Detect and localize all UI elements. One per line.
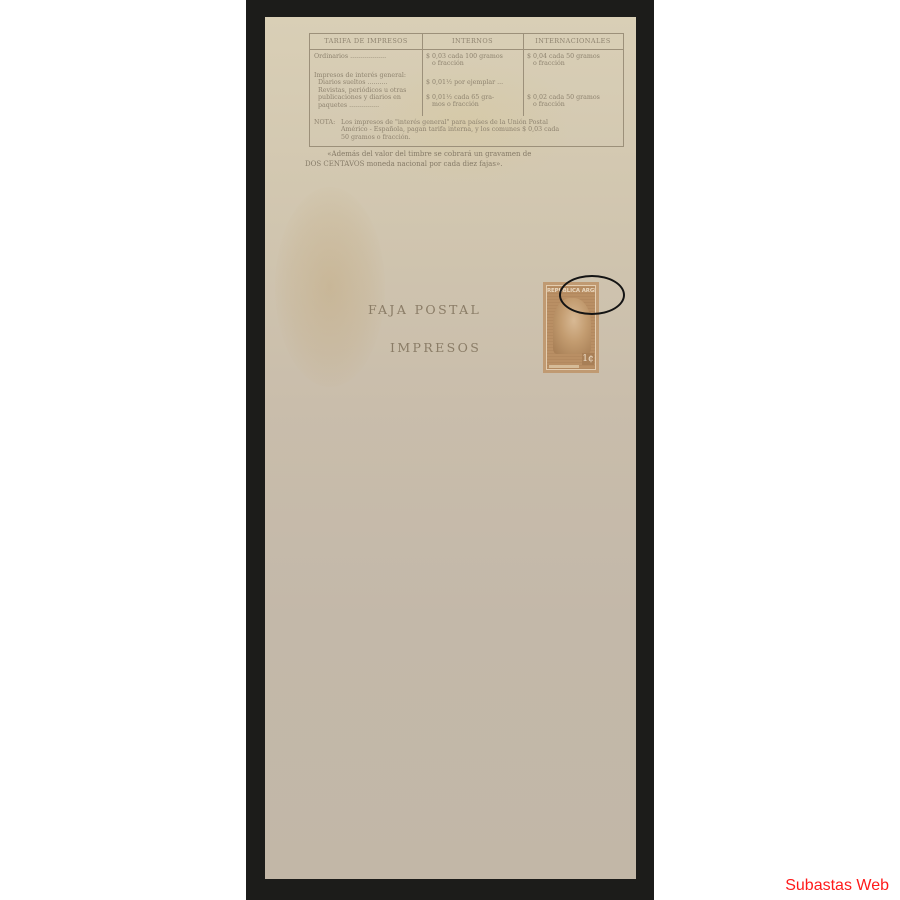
note-text: Los impresos de "interés general" para p… xyxy=(341,119,619,141)
watermark-text: Subastas Web xyxy=(785,877,889,895)
document-subtitle: IMPRESOS xyxy=(390,340,481,355)
row-ordinarios-category: Ordinarios .................. xyxy=(314,53,386,60)
row-diarios-category: Impresos de interés general: Diarios sue… xyxy=(314,72,406,87)
highlight-oval-annotation xyxy=(559,275,625,315)
note-label: NOTA: xyxy=(314,119,335,126)
header-internacionales: INTERNACIONALES xyxy=(523,38,623,45)
row-revistas-internacionales: $ 0,02 cada 50 gramos o fracción xyxy=(527,94,600,109)
stamp-name-tablet xyxy=(549,365,579,368)
header-internos: INTERNOS xyxy=(422,38,523,45)
row-revistas-internos: $ 0,01½ cada 65 gra- mos o fracción xyxy=(426,94,494,109)
stamp-value: 1¢ xyxy=(582,353,594,365)
row-ordinarios-internacionales: $ 0,04 cada 50 gramos o fracción xyxy=(527,53,600,68)
header-tarifa: TARIFA DE IMPRESOS xyxy=(310,38,422,45)
row-diarios-internos: $ 0,01½ por ejemplar ... xyxy=(426,79,503,86)
column-divider xyxy=(422,34,423,116)
document-title: FAJA POSTAL xyxy=(368,302,481,317)
tariff-table-header: TARIFA DE IMPRESOS INTERNOS INTERNACIONA… xyxy=(310,34,623,50)
row-revistas-category: Revistas, periódicos u otras publicacion… xyxy=(314,87,406,109)
paper-stain xyxy=(275,187,385,387)
column-divider xyxy=(523,34,524,116)
surcharge-notice: «Además del valor del timbre se cobrará … xyxy=(305,149,625,169)
row-ordinarios-internos: $ 0,03 cada 100 gramos o fracción xyxy=(426,53,503,68)
postal-wrapper-sheet: TARIFA DE IMPRESOS INTERNOS INTERNACIONA… xyxy=(265,17,636,879)
tariff-table: TARIFA DE IMPRESOS INTERNOS INTERNACIONA… xyxy=(309,33,624,147)
